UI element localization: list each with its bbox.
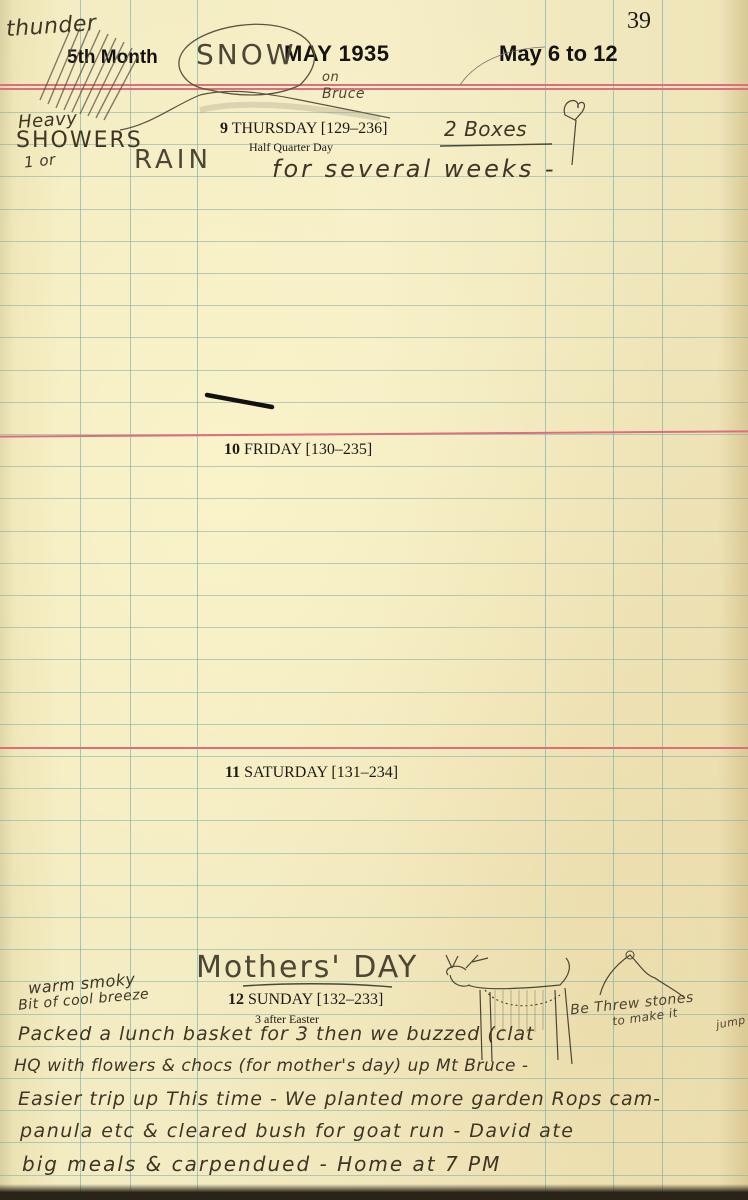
handwriting-boxes: 2 Boxes: [444, 117, 527, 141]
handwriting-on: on: [322, 70, 339, 85]
day-number: 12: [228, 991, 244, 1008]
month-year: MAY 1935: [284, 41, 390, 67]
ruled-line: [0, 917, 748, 918]
entry-line: Easier trip up This time - We planted mo…: [18, 1088, 661, 1110]
weekday: SATURDAY: [244, 764, 327, 781]
pencil-mark: [207, 395, 272, 407]
handwriting-showers: SHOWERS: [16, 128, 143, 153]
ruled-line: [0, 305, 748, 306]
day-counts: [132–233]: [317, 991, 384, 1008]
ruled-line: [0, 466, 748, 467]
ruled-line: [0, 1142, 748, 1143]
heart-icon: [564, 101, 584, 120]
ruled-line: [0, 1046, 748, 1047]
entry-line: Packed a lunch basket for 3 then we buzz…: [18, 1023, 535, 1045]
ruled-line: [0, 563, 748, 564]
page-number: 39: [627, 8, 651, 35]
margin-rule: [80, 0, 81, 1192]
ruled-line: [0, 273, 748, 274]
day-number: 9: [220, 120, 228, 137]
ruled-line: [0, 820, 748, 821]
entry-line: HQ with flowers & chocs (for mother's da…: [14, 1056, 529, 1076]
ruled-line: [0, 885, 748, 886]
ruled-line: [0, 659, 748, 660]
hatching-icon: [40, 26, 138, 120]
ruled-line: [0, 692, 748, 693]
ruled-line: [0, 241, 748, 242]
ruled-line: [0, 337, 748, 338]
ruled-line: [0, 402, 748, 403]
handwriting-thunder: thunder: [5, 11, 97, 42]
handwriting-mothers-day: Mothers' DAY: [196, 950, 418, 985]
ruled-line: [0, 1110, 748, 1111]
diary-page: 39 5th Month MAY 1935 May 6 to 12 9 THUR…: [0, 0, 748, 1192]
weekday: SUNDAY: [248, 991, 313, 1008]
handwriting-rain-rest: for several weeks -: [272, 155, 557, 183]
handwriting-bruce: Bruce: [322, 86, 365, 102]
header-divider: [0, 84, 748, 86]
day-divider: [0, 747, 748, 749]
month-label: 5th Month: [67, 47, 158, 69]
ruled-line: [0, 724, 748, 725]
day-heading-saturday: 11 SATURDAY [131–234]: [225, 764, 398, 782]
day-number: 11: [225, 764, 240, 781]
day-heading-thursday: 9 THURSDAY [129–236]: [220, 120, 387, 138]
ruled-line: [0, 756, 748, 757]
day-counts: [129–236]: [321, 120, 388, 137]
ruled-line: [0, 627, 748, 628]
handwriting-rain: RAIN: [134, 145, 212, 175]
weekday: FRIDAY: [244, 441, 302, 458]
margin-rule: [197, 0, 198, 1192]
margin-rule: [130, 0, 131, 1192]
ruled-line: [0, 209, 748, 210]
day-number: 10: [224, 441, 240, 458]
deer-sketch-icon: [446, 955, 572, 1064]
day-note: Half Quarter Day: [249, 140, 333, 155]
ruled-line: [0, 370, 748, 371]
ruled-line: [0, 112, 748, 113]
handwriting-snow: SNOW: [196, 38, 296, 71]
handwriting-one-or: 1 or: [23, 150, 56, 171]
ruled-line: [0, 531, 748, 532]
day-counts: [130–235]: [306, 441, 373, 458]
ruled-line: [0, 595, 748, 596]
ruled-line: [0, 498, 748, 499]
ruled-line: [0, 1078, 748, 1079]
ruled-line: [0, 853, 748, 854]
week-range: May 6 to 12: [499, 41, 618, 67]
day-heading-friday: 10 FRIDAY [130–235]: [224, 441, 372, 459]
day-counts: [131–234]: [331, 764, 398, 781]
ruled-line: [0, 788, 748, 789]
entry-line: big meals & carpendued - Home at 7 PM: [22, 1152, 501, 1176]
weekday: THURSDAY: [232, 120, 317, 137]
handwriting-caption-3: jump: [715, 1014, 747, 1032]
day-heading-sunday: 12 SUNDAY [132–233]: [228, 991, 383, 1009]
entry-line: panula etc & cleared bush for goat run -…: [20, 1120, 574, 1142]
